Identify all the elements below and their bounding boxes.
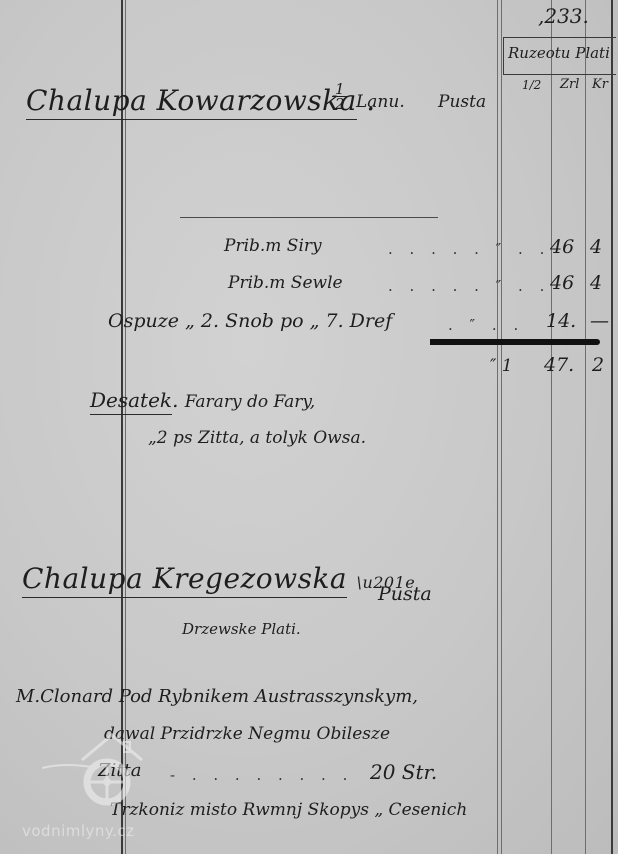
- column-header-label: Ruzeotu Plati: [508, 44, 610, 62]
- total-zl: 47.: [544, 354, 574, 376]
- zitta-dots: - . . . . . . . .: [170, 766, 353, 784]
- desatek-label: Desatek: [90, 388, 172, 415]
- right-edge-rule: [611, 0, 613, 854]
- column-header-sub-kr: Kr: [592, 77, 608, 92]
- section2-title-row: Chalupa Kregezowska \u201e: [22, 562, 415, 595]
- entry-zl: 46: [550, 236, 574, 258]
- section1-title-row: Chalupa Kowarzowska .: [26, 84, 376, 117]
- amount-column-rule-2: [501, 0, 502, 854]
- entry-kr: 4: [590, 236, 602, 258]
- amount-column-rule-1: [497, 0, 498, 854]
- desatek-row: Desatek. Farary do Fary,: [90, 388, 315, 412]
- entry-zl: 14.: [546, 310, 576, 332]
- ledger-page: ,233. Ruzeotu Plati 1/2 Zrl Kr Chalupa K…: [0, 0, 618, 854]
- watermark-text: vodnimlyny.cz: [22, 822, 135, 840]
- section2-status: Pusta: [378, 583, 432, 605]
- entry-dots: . . . . . ″ . .: [388, 240, 550, 258]
- section1-status: Pusta: [438, 92, 486, 112]
- total-rule-stroke: [430, 339, 600, 345]
- section1-fraction: 1 2: [332, 82, 348, 111]
- paragraph-line: M.Clonard Pod Rybnikem Austrasszynskym,: [16, 686, 418, 707]
- section2-subtitle: Drzewske Plati.: [182, 620, 301, 638]
- entry-kr: —: [590, 310, 609, 332]
- desatek-line1: Farary do Fary,: [185, 392, 315, 412]
- entry-label: Prib.m Siry: [224, 236, 322, 256]
- column-header-sub-zl: Zrl: [560, 77, 579, 92]
- section1-unit: Lanu.: [356, 92, 405, 112]
- section1-separator: [180, 217, 438, 218]
- column-header-sub-half: 1/2: [522, 78, 541, 92]
- watermill-icon: [42, 730, 172, 815]
- page-number: ,233.: [538, 4, 589, 28]
- section2-title: Chalupa Kregezowska: [22, 562, 347, 598]
- section1-title: Chalupa Kowarzowska: [26, 84, 357, 120]
- desatek-line2: „2 ps Zitta, a tolyk Owsa.: [148, 428, 366, 448]
- entry-kr: 4: [590, 272, 602, 294]
- watermark: vodnimlyny.cz: [22, 730, 172, 840]
- entry-zl: 46: [550, 272, 574, 294]
- entry-label: Prib.m Sewle: [228, 273, 343, 293]
- entry-label: Ospuze „ 2. Snob po „ 7. Dref: [108, 310, 392, 332]
- zitta-value: 20 Str.: [370, 760, 437, 784]
- entry-dots: . . . . . ″ . .: [388, 277, 550, 295]
- amount-column-rule-3: [551, 0, 552, 854]
- amount-column-rule-4: [585, 0, 586, 854]
- total-prefix: ″ 1: [490, 356, 513, 376]
- fraction-half: 1 2: [332, 82, 348, 111]
- entry-dots: . ″ . .: [448, 316, 524, 334]
- total-kr: 2: [592, 354, 604, 376]
